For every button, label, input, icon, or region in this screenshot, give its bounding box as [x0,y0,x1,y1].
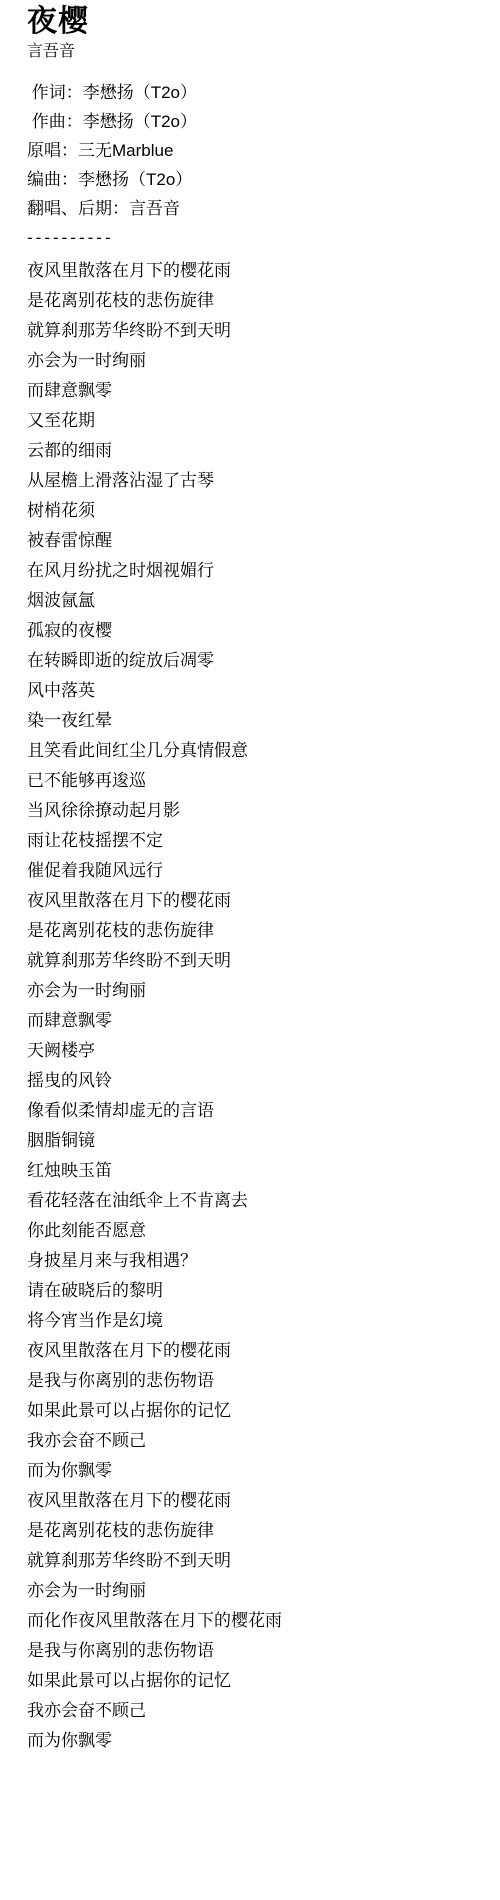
lyric-line: 是花离别花枝的悲伤旋律 [27,1516,480,1546]
lyric-line: 夜风里散落在月下的樱花雨 [27,886,480,916]
lyric-line: 而化作夜风里散落在月下的樱花雨 [27,1606,480,1636]
lyric-line: 如果此景可以占据你的记忆 [27,1666,480,1696]
song-title: 夜樱 [27,4,480,40]
lyric-line: 请在破晓后的黎明 [27,1276,480,1306]
lyric-line: 如果此景可以占据你的记忆 [27,1396,480,1426]
lyric-line: 你此刻能否愿意 [27,1216,480,1246]
lyric-line: 像看似柔情却虚无的言语 [27,1096,480,1126]
lyric-line: 风中落英 [27,676,480,706]
lyric-line: 亦会为一时绚丽 [27,1576,480,1606]
credit-line: 编曲：李懋扬（T2o） [27,165,480,194]
lyric-line: 夜风里散落在月下的樱花雨 [27,1486,480,1516]
lyric-line: 就算刹那芳华终盼不到天明 [27,946,480,976]
separator-line: ---------- [27,223,480,252]
lyric-line: 就算刹那芳华终盼不到天明 [27,316,480,346]
lyric-line: 又至花期 [27,406,480,436]
lyric-line: 而为你飘零 [27,1456,480,1486]
lyric-line: 夜风里散落在月下的樱花雨 [27,1336,480,1366]
lyric-line: 亦会为一时绚丽 [27,346,480,376]
lyric-line: 催促着我随风远行 [27,856,480,886]
lyric-line: 是花离别花枝的悲伤旋律 [27,286,480,316]
lyric-line: 在转瞬即逝的绽放后凋零 [27,646,480,676]
lyric-line: 我亦会奋不顾己 [27,1696,480,1726]
lyric-line: 云都的细雨 [27,436,480,466]
lyric-line: 是花离别花枝的悲伤旋律 [27,916,480,946]
lyric-line: 烟波氤氲 [27,586,480,616]
credit-line: 作词：李懋扬（T2o） [27,78,480,107]
lyric-line: 而为你飘零 [27,1726,480,1756]
lyrics-block: 夜风里散落在月下的樱花雨是花离别花枝的悲伤旋律就算刹那芳华终盼不到天明亦会为一时… [27,256,480,1756]
lyric-line: 孤寂的夜樱 [27,616,480,646]
lyric-line: 看花轻落在油纸伞上不肯离去 [27,1186,480,1216]
lyric-line: 而肆意飘零 [27,376,480,406]
lyric-line: 将今宵当作是幻境 [27,1306,480,1336]
lyric-line: 在风月纷扰之时烟视媚行 [27,556,480,586]
credit-line: 作曲：李懋扬（T2o） [27,107,480,136]
lyrics-page: 夜樱 言吾音 作词：李懋扬（T2o） 作曲：李懋扬（T2o）原唱：三无Marbl… [0,0,500,1756]
lyric-line: 就算刹那芳华终盼不到天明 [27,1546,480,1576]
artist-name: 言吾音 [27,41,480,63]
credit-line: 原唱：三无Marblue [27,136,480,165]
lyric-line: 是我与你离别的悲伤物语 [27,1366,480,1396]
lyric-line: 染一夜红晕 [27,706,480,736]
lyric-line: 雨让花枝摇摆不定 [27,826,480,856]
lyric-line: 亦会为一时绚丽 [27,976,480,1006]
lyric-line: 身披星月来与我相遇？ [27,1246,480,1276]
lyric-line: 且笑看此间红尘几分真情假意 [27,736,480,766]
lyric-line: 已不能够再逡巡 [27,766,480,796]
lyric-line: 从屋檐上滑落沾湿了古琴 [27,466,480,496]
lyric-line: 夜风里散落在月下的樱花雨 [27,256,480,286]
credit-line: 翻唱、后期：言吾音 [27,194,480,223]
lyric-line: 天阙楼亭 [27,1036,480,1066]
lyric-line: 我亦会奋不顾己 [27,1426,480,1456]
lyric-line: 是我与你离别的悲伤物语 [27,1636,480,1666]
lyric-line: 树梢花须 [27,496,480,526]
lyric-line: 胭脂铜镜 [27,1126,480,1156]
lyric-line: 而肆意飘零 [27,1006,480,1036]
lyric-line: 红烛映玉笛 [27,1156,480,1186]
lyric-line: 摇曳的风铃 [27,1066,480,1096]
lyric-line: 当风徐徐撩动起月影 [27,796,480,826]
lyric-line: 被春雷惊醒 [27,526,480,556]
credits-block: 作词：李懋扬（T2o） 作曲：李懋扬（T2o）原唱：三无Marblue编曲：李懋… [27,78,480,223]
